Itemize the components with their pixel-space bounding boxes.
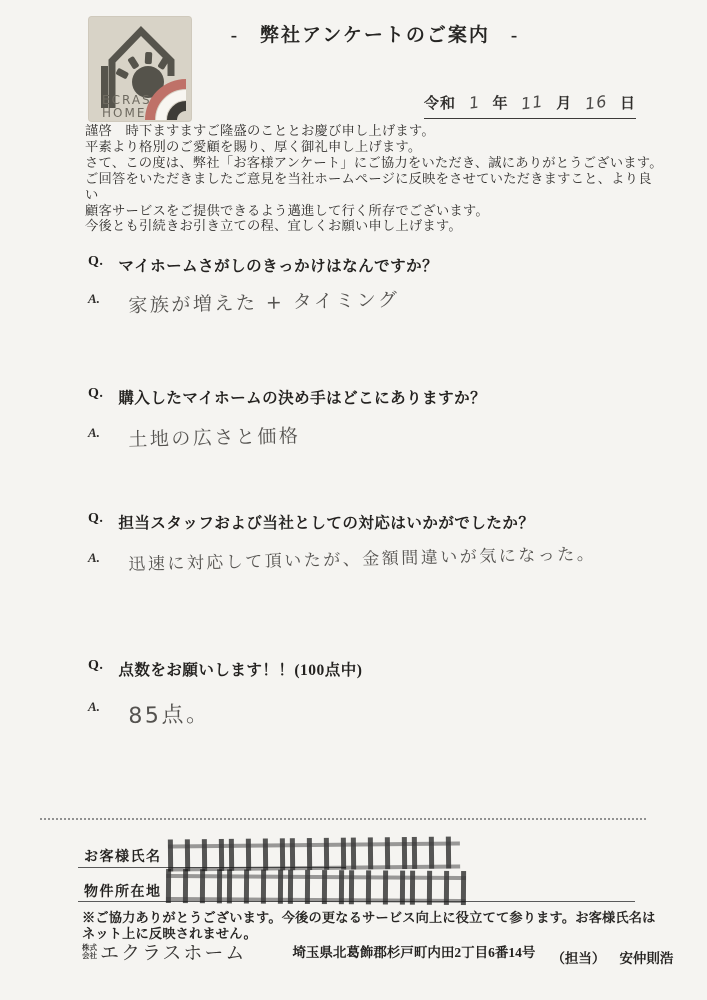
question-2-text: 購入したマイホームの決め手はどこにありますか？ <box>118 386 486 408</box>
question-1-label: Q. <box>88 254 103 276</box>
page-title: - 弊社アンケートのご案内 - <box>225 20 525 47</box>
question-4-text: 点数をお願いします！！(100点中) <box>118 658 362 680</box>
answer-3-label: A. <box>88 550 100 566</box>
answer-2-label: A. <box>88 425 100 441</box>
greeting-line: 今後とも引続きお引き立ての程、宜しくお願い申し上げます。 <box>85 218 663 234</box>
greeting-line: 平素より格別のご愛顧を賜り、厚く御礼申し上げます。 <box>85 139 663 155</box>
answer-1-label: A. <box>88 291 100 307</box>
answer-4-handwriting: 85点。 <box>128 697 211 730</box>
handwritten-day: 16 <box>584 92 609 114</box>
company-prefix-bottom: 会社 <box>82 952 97 960</box>
question-3-label: Q. <box>88 511 103 533</box>
year-unit-label: 年 <box>493 92 509 113</box>
day-unit-label: 日 <box>620 92 636 113</box>
handwritten-year: 1 <box>467 92 481 112</box>
property-address-label: 物件所在地 <box>84 881 162 901</box>
company-name: エクラスホーム <box>100 943 246 963</box>
question-1-text: マイホームさがしのきっかけはなんですか？ <box>118 254 438 276</box>
greeting-line: 顧客サービスをご提供できるよう邁進して行く所存でございます。 <box>85 203 663 219</box>
answer-1-handwriting: 家族が増えた + タイミング <box>128 285 400 318</box>
answer-4-label: A. <box>88 699 100 715</box>
answer-3: A. 迅速に対応して頂いたが、金額間違いが気になった。 <box>88 550 596 575</box>
answer-4: A. 85点。 <box>88 699 210 730</box>
question-4-label: Q. <box>88 658 103 680</box>
question-2: Q. 購入したマイホームの決め手はどこにありますか？ <box>88 386 486 408</box>
property-address-censored-handwriting <box>166 869 466 905</box>
dotted-separator-line <box>40 818 646 820</box>
logo-text-line2: HOME <box>102 106 146 120</box>
question-2-label: Q. <box>88 386 103 408</box>
contact-person: （担当） 安仲則浩 <box>551 947 673 967</box>
greeting-line: ご回答をいただきましたご意見を当社ホームページに反映をさせていただきますこと、よ… <box>85 171 663 203</box>
greeting-line: 謹啓 時下ますますご隆盛のこととお慶び申し上げます。 <box>85 123 663 139</box>
contact-label: （担当） <box>551 947 605 967</box>
greeting-line: さて、この度は、弊社「お客様アンケート」にご協力をいただき、誠にありがとうござい… <box>85 155 663 171</box>
question-3-text: 担当スタッフおよび当社としての対応はいかがでしたか？ <box>118 511 534 533</box>
company-info-row: 株式 会社 エクラスホーム 埼玉県北葛飾郡杉戸町内田2丁目6番14号 （担当） … <box>82 941 673 963</box>
greeting-paragraph: 謹啓 時下ますますご隆盛のこととお慶び申し上げます。 平素より格別のご愛顧を賜り… <box>85 123 663 234</box>
handwritten-month: 11 <box>520 92 545 114</box>
company-prefix: 株式 会社 <box>82 944 97 963</box>
question-1: Q. マイホームさがしのきっかけはなんですか？ <box>88 254 438 276</box>
question-4: Q. 点数をお願いします！！(100点中) <box>88 658 362 680</box>
ecras-home-logo-icon: ECRAS HOME <box>88 16 192 122</box>
answer-1: A. 家族が増えた + タイミング <box>88 291 399 318</box>
date-line: 令和 1 年 11 月 16 日 <box>424 92 636 119</box>
customer-name-label: お客様氏名 <box>84 846 162 866</box>
month-unit-label: 月 <box>556 92 572 113</box>
customer-name-censored-handwriting <box>168 836 460 871</box>
answer-2: A. 土地の広さと価格 <box>88 425 300 452</box>
answer-2-handwriting: 土地の広さと価格 <box>128 421 301 452</box>
company-logo: ECRAS HOME <box>88 16 192 122</box>
footer-note-line2: ネット上に反映されません。 <box>82 923 672 942</box>
company-address: 埼玉県北葛飾郡杉戸町内田2丁目6番14号 <box>292 941 535 963</box>
contact-name: 安仲則浩 <box>619 947 673 967</box>
question-3: Q. 担当スタッフおよび当社としての対応はいかがでしたか？ <box>88 511 534 533</box>
scanned-survey-page: ECRAS HOME - 弊社アンケートのご案内 - 令和 1 年 11 月 1… <box>0 0 707 1000</box>
era-label: 令和 <box>424 92 456 113</box>
logo-text-line1: ECRAS <box>102 93 152 107</box>
answer-3-handwriting: 迅速に対応して頂いたが、金額間違いが気になった。 <box>128 539 596 575</box>
